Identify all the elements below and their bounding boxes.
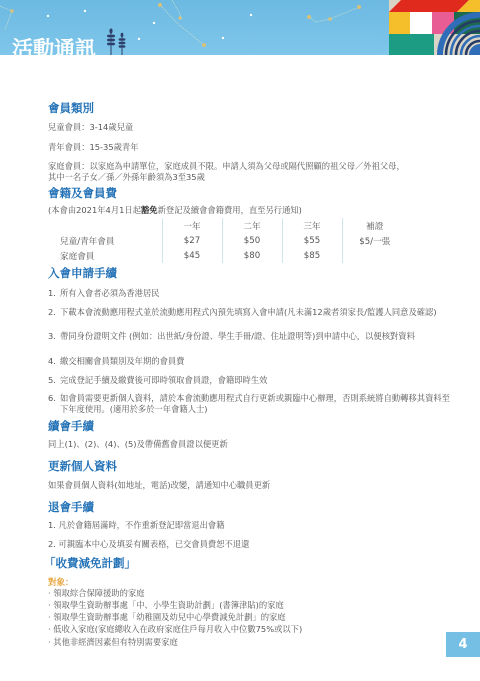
family-member-text-line2: 其中一名子女／孫／外孫年齡須為3至35歲 <box>48 172 205 183</box>
row-label: 家庭會員 <box>48 248 162 263</box>
fee-waiver-note: (本會由2021年4月1日起豁免新登記及續會會籍費用，直至另行通知) <box>48 205 302 216</box>
header-3year: 三年 <box>282 218 342 233</box>
list-item: 2. 可親臨本中心及填妥有關表格，已交會員費恕不退還 <box>48 539 249 550</box>
wheat-icon <box>106 27 128 55</box>
geometric-decoration <box>389 0 480 55</box>
fee-waiver-heading: 「收費減免計劃」 <box>44 556 136 571</box>
list-item: 1.所有入會者必須為香港居民 <box>48 288 458 299</box>
list-item: · 低收入家庭(家庭總收入在政府家庭住戶每月收入中位數75%或以下) <box>48 624 302 634</box>
list-item: 5.完成登記手續及繳費後可即時領取會員證，會籍即時生效 <box>48 375 458 386</box>
fee-3year: $55 <box>282 233 342 248</box>
target-label: 對象： <box>48 576 74 588</box>
fees-heading: 會籍及會員費 <box>48 186 117 201</box>
list-item: 6.如會員需要更新個人資料，請於本會流動應用程式自行更新或親臨中心辦理，否則系統… <box>48 393 458 414</box>
list-item: · 領取學生資助辦事處「中、小學生資助計劃」(書簿津貼)的家庭 <box>48 600 284 610</box>
header-replacement: 補證 <box>342 218 407 233</box>
renewal-heading: 續會手續 <box>48 419 94 434</box>
fee-table: 一年 二年 三年 補證 兒童/青年會員 $27 $50 $55 $5/一張 家庭… <box>48 218 407 263</box>
update-info-text: 如果會員個人資料(如地址，電話)改變，請通知中心職員更新 <box>48 480 270 491</box>
family-member-text-line1: 家庭會員：以家庭為申請單位，家庭成員不限。申請人須為父母或隔代照顧的祖父母／外祖… <box>48 161 405 172</box>
youth-member-text: 青年會員：15-35歲青年 <box>48 142 139 153</box>
update-info-heading: 更新個人資料 <box>48 459 117 474</box>
note-suffix: 新登記及續會會籍費用，直至另行通知) <box>158 205 302 215</box>
table-row: 家庭會員 $45 $80 $85 <box>48 248 407 263</box>
list-item: 4.繳交相關會員類別及年期的會員費 <box>48 356 458 367</box>
list-item: · 領取綜合保障援助的家庭 <box>48 588 145 598</box>
withdrawal-heading: 退會手續 <box>48 500 94 515</box>
list-item: · 其他非經濟因素但有特別需要家庭 <box>48 637 178 647</box>
fee-table-header: 一年 二年 三年 補證 <box>48 218 407 233</box>
note-bold: 豁免 <box>141 205 158 215</box>
page-number: 4 <box>446 632 480 657</box>
header-banner: 活動通訊 <box>0 0 480 55</box>
fee-replacement <box>342 248 407 263</box>
header-1year: 一年 <box>162 218 222 233</box>
list-item: 3.帶同身份證明文件 (例如：出世紙/身份證、學生手冊/證、住址證明等)到申請中… <box>48 331 458 342</box>
fee-1year: $45 <box>162 248 222 263</box>
header-empty <box>48 218 162 233</box>
fee-3year: $85 <box>282 248 342 263</box>
fee-2year: $80 <box>222 248 282 263</box>
membership-types-heading: 會員類別 <box>48 101 94 116</box>
newsletter-title: 活動通訊 <box>12 33 96 55</box>
application-heading: 入會申請手續 <box>48 266 117 281</box>
fee-replacement: $5/一張 <box>342 233 407 248</box>
fee-1year: $27 <box>162 233 222 248</box>
fee-2year: $50 <box>222 233 282 248</box>
note-prefix: (本會由2021年4月1日起 <box>48 205 141 215</box>
row-label: 兒童/青年會員 <box>48 233 162 248</box>
list-item: 2.下載本會流動應用程式並於流動應用程式內預先填寫入會申請(凡未滿12歲者須家長… <box>48 307 458 318</box>
child-member-text: 兒童會員：3-14歲兒童 <box>48 122 133 133</box>
list-item: · 領取學生資助辦事處「幼稚園及幼兒中心學費減免計劃」的家庭 <box>48 612 286 622</box>
renewal-text: 同上(1)、(2)、(4)、(5)及帶備舊會員證以便更新 <box>48 439 228 450</box>
list-item: 1. 凡於會籍屆滿時，不作重新登記即當退出會籍 <box>48 520 225 531</box>
header-2year: 二年 <box>222 218 282 233</box>
table-row: 兒童/青年會員 $27 $50 $55 $5/一張 <box>48 233 407 248</box>
